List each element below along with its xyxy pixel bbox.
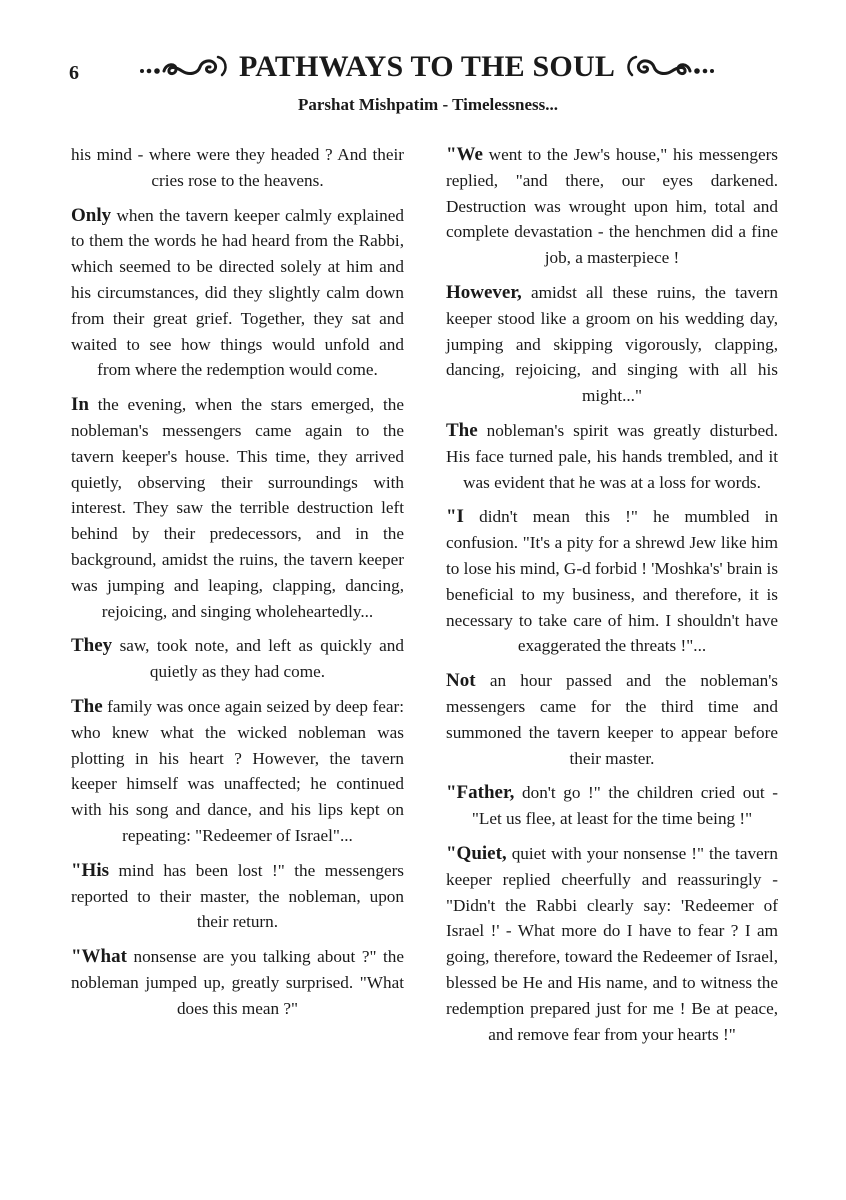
- paragraph-text: mind has been lost !" the messengers rep…: [71, 861, 404, 932]
- paragraph: "I didn't mean this !" he mumbled in con…: [446, 504, 778, 659]
- paragraph-text: when the tavern keeper calmly explained …: [71, 206, 404, 380]
- right-column: "We went to the Jew's house," his messen…: [446, 142, 778, 1056]
- paragraph-lead: "Father,: [446, 782, 514, 803]
- paragraph: However, amidst all these ruins, the tav…: [446, 280, 778, 409]
- paragraph-text: went to the Jew's house," his messengers…: [446, 145, 778, 267]
- paragraph-lead: "What: [71, 946, 127, 967]
- paragraph-text: quiet with your nonsense !" the tavern k…: [446, 844, 778, 1044]
- flourish-ornament-right-icon: [621, 53, 716, 81]
- paragraph: "What nonsense are you talking about ?" …: [71, 944, 404, 1021]
- paragraph-text: the evening, when the stars emerged, the…: [71, 395, 404, 620]
- article-subtitle: Parshat Mishpatim - Timelessness...: [0, 95, 846, 115]
- paragraph-text: nobleman's spirit was greatly disturbed.…: [446, 421, 778, 492]
- publication-title: PATHWAYS TO THE SOUL: [239, 50, 615, 84]
- paragraph: In the evening, when the stars emerged, …: [71, 392, 404, 624]
- paragraph-text: an hour passed and the nobleman's messen…: [446, 671, 778, 767]
- paragraph: "We went to the Jew's house," his messen…: [446, 142, 778, 271]
- running-header: PATHWAYS TO THE SOUL: [0, 50, 846, 84]
- paragraph-lead: In: [71, 394, 89, 415]
- paragraph-lead: "I: [446, 506, 464, 527]
- paragraph: "His mind has been lost !" the messenger…: [71, 858, 404, 935]
- paragraph-lead: "We: [446, 144, 483, 165]
- paragraph-lead: However,: [446, 282, 522, 303]
- paragraph-lead: "Quiet,: [446, 843, 507, 864]
- paragraph-text: don't go !" the children cried out - "Le…: [472, 783, 778, 828]
- paragraph: Only when the tavern keeper calmly expla…: [71, 203, 404, 384]
- paragraph-lead: Not: [446, 670, 476, 691]
- paragraph: Not an hour passed and the nobleman's me…: [446, 668, 778, 771]
- paragraph: They saw, took note, and left as quickly…: [71, 633, 404, 685]
- paragraph: "Quiet, quiet with your nonsense !" the …: [446, 841, 778, 1047]
- left-column: his mind - where were they headed ? And …: [71, 142, 404, 1031]
- paragraph: The family was once again seized by deep…: [71, 694, 404, 849]
- paragraph-text: his mind - where were they headed ? And …: [71, 145, 404, 190]
- paragraph: "Father, don't go !" the children cried …: [446, 780, 778, 832]
- paragraph-text: saw, took note, and left as quickly and …: [112, 636, 404, 681]
- paragraph-lead: Only: [71, 205, 111, 226]
- paragraph: his mind - where were they headed ? And …: [71, 142, 404, 194]
- paragraph: The nobleman's spirit was greatly distur…: [446, 418, 778, 495]
- flourish-ornament-left-icon: [138, 53, 233, 81]
- paragraph-text: didn't mean this !" he mumbled in confus…: [446, 507, 778, 655]
- paragraph-text: family was once again seized by deep fea…: [71, 697, 404, 845]
- paragraph-lead: The: [71, 696, 103, 717]
- paragraph-lead: The: [446, 420, 478, 441]
- paragraph-lead: They: [71, 635, 112, 656]
- paragraph-lead: "His: [71, 860, 109, 881]
